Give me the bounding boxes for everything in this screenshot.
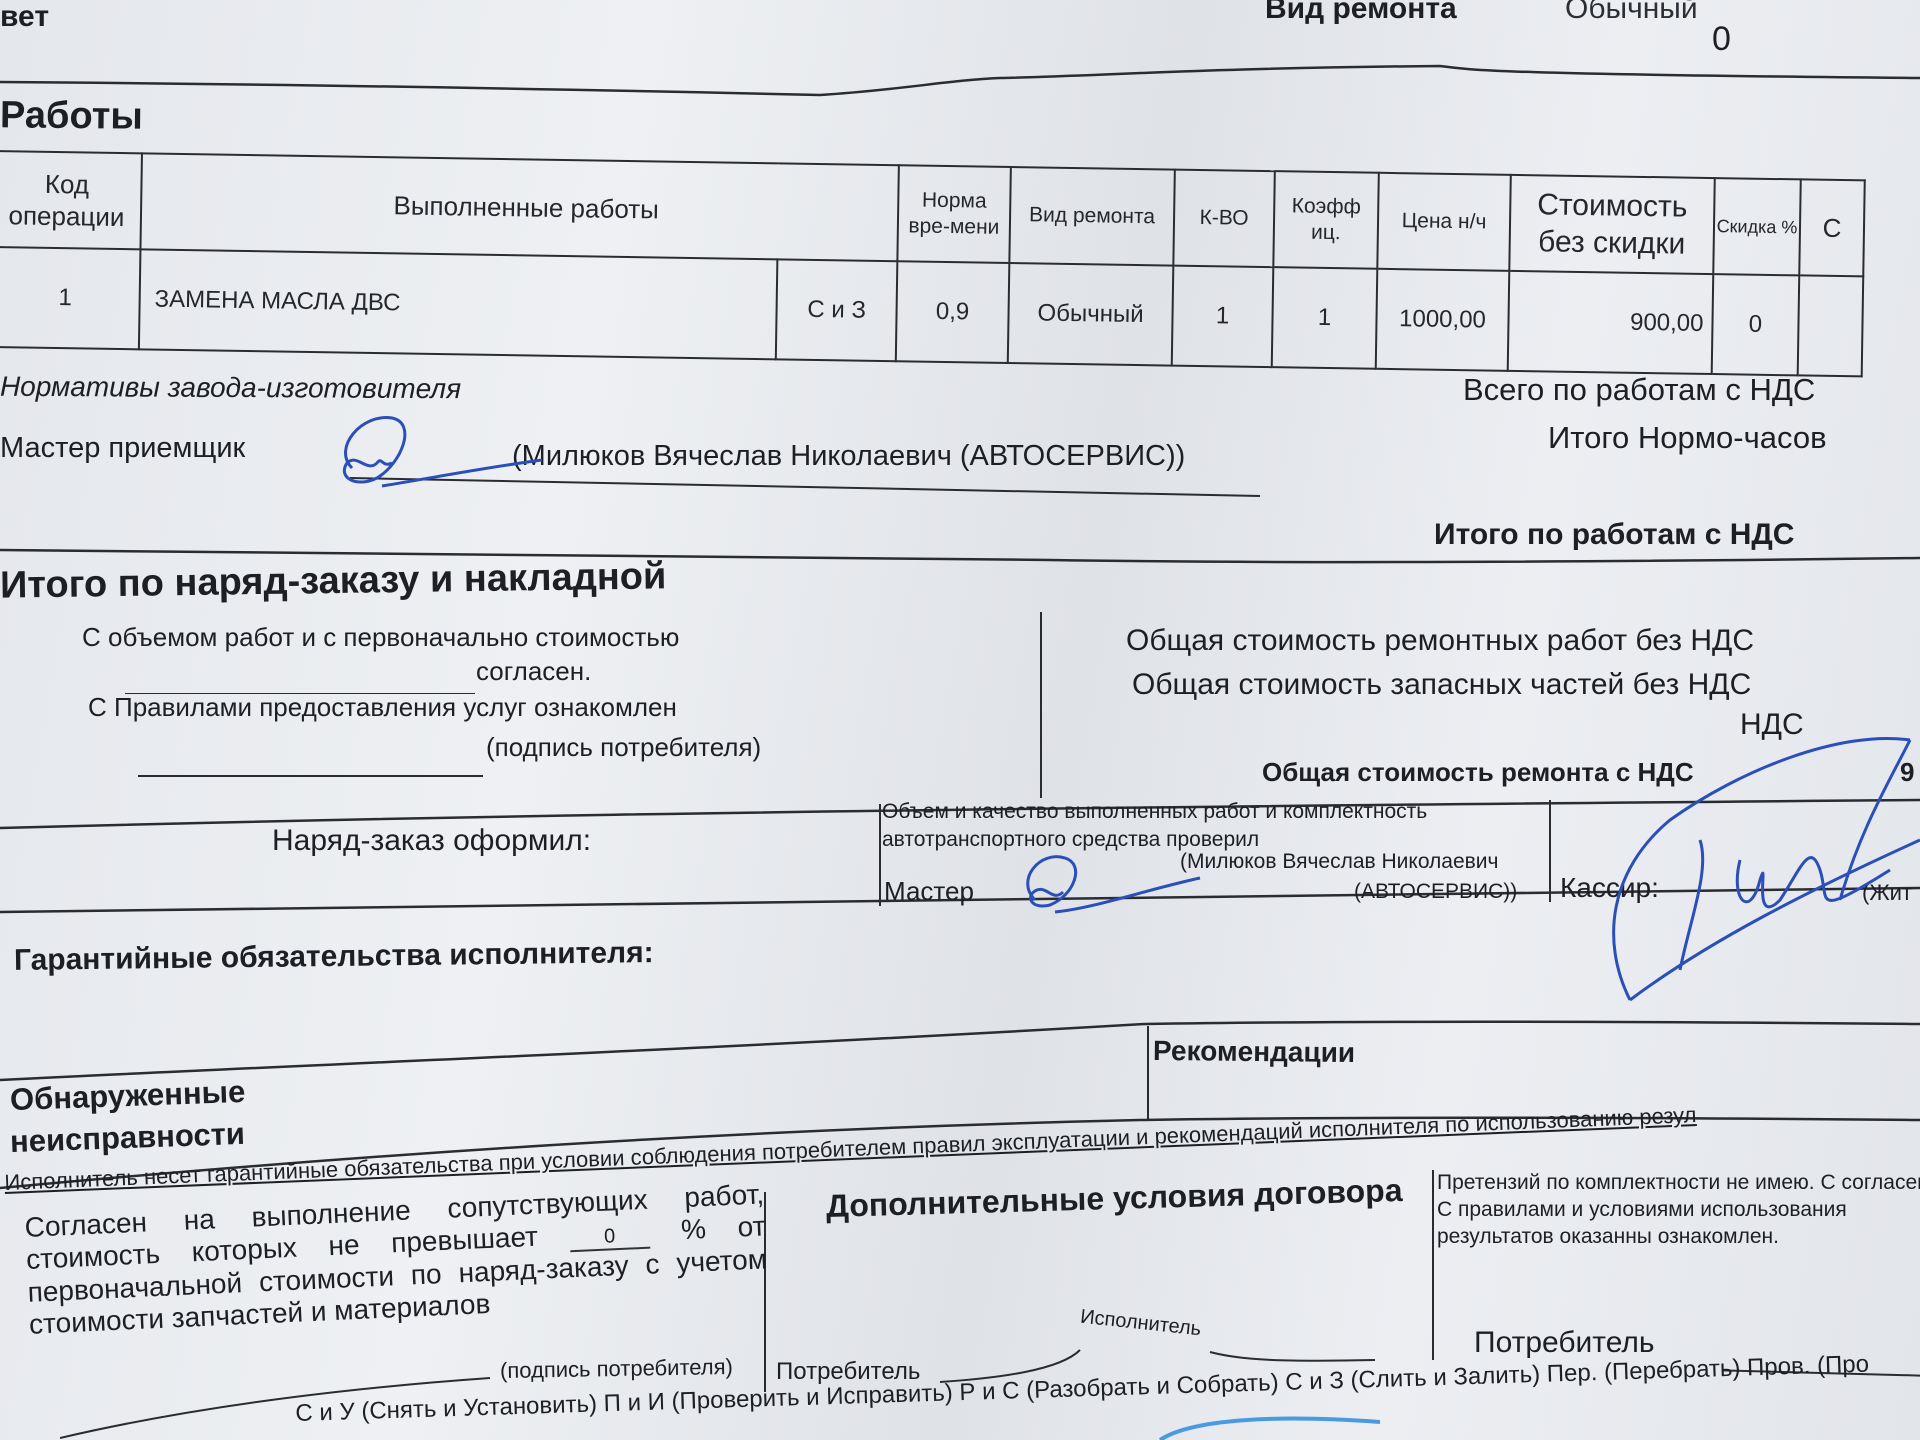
cell-code: 1 [0,247,140,349]
col-coefficient: Коэфф иц. [1273,171,1378,269]
total-repair-with-vat-value: 9 [1900,757,1914,788]
agree-scope-line1: С объемом работ и с первоначально стоимо… [82,622,679,653]
cell-cost-no-discount: 900,00 [1508,271,1714,374]
cell-norm-time: 0,9 [896,261,1010,363]
additional-works-percent: 0 [569,1224,650,1252]
vat-label: НДС [1740,708,1804,742]
bottom-divider-2 [1432,1170,1434,1360]
cashier-name: (Жит [1862,880,1912,906]
total-divider-vertical [1040,612,1042,798]
cell-repair-type: Обычный [1008,263,1174,366]
repair-cost-no-vat-label: Общая стоимость ремонтных работ без НДС [1126,624,1754,658]
master-receiver-name: (Милюков Вячеслав Николаевич (АВТОСЕРВИС… [512,440,1185,473]
master-receiver-label: Мастер приемщик [0,432,245,465]
manufacturer-norms: Нормативы завода-изготовителя [0,371,461,405]
col-work-done: Выполненные работы [140,153,898,261]
repair-type-label: Вид ремонта [1265,0,1457,26]
checked-master-org: (АВТОСЕРВИС)) [1354,880,1517,904]
recommendations-label: Рекомендации [1153,1035,1355,1069]
consumer-signature-line [138,775,483,777]
cell-price-per-hour: 1000,00 [1376,269,1510,371]
claims-consumer-label: Потребитель [1474,1326,1655,1360]
master-signature-line [300,470,1280,510]
contract-executor-label: Исполнитель [1079,1306,1202,1342]
checked-line1: Объем и качество выполненных работ и ком… [882,800,1427,824]
cell-discount: 0 [1712,274,1800,375]
consumer-signature-caption-2: (подпись потребителя) [500,1354,733,1384]
col-norm-time: Норма вре-мени [897,165,1010,263]
col-repair-type: Вид ремонта [1009,167,1174,266]
cell-quantity: 1 [1172,266,1274,368]
total-repair-with-vat-label: Общая стоимость ремонта с НДС [1262,757,1694,788]
repair-zero-value: 0 [1712,20,1731,59]
total-norm-hours-label: Итого Нормо-часов [1548,420,1827,456]
header-divider [0,60,1920,100]
cell-operation-type: С и З [776,259,897,361]
agree-scope-line2: согласен. [476,656,591,687]
order-issued-by-label: Наряд-заказ оформил: [272,824,591,858]
warranty-title: Гарантийные обязательства исполнителя: [14,936,654,978]
works-section-title: Работы [0,94,143,138]
cell-work-name: ЗАМЕНА МАСЛА ДВС [139,249,778,359]
cashier-label: Кассир: [1560,872,1659,904]
checked-master-name: (Милюков Вячеслав Николаевич [1180,850,1498,874]
consumer-signature-caption: (подпись потребителя) [486,732,761,763]
total-works-with-vat-label: Всего по работам с НДС [1463,372,1815,408]
rules-acknowledged: С Правилами предоставления услуг ознаком… [88,692,677,723]
col-discount: Скидка % [1713,178,1800,275]
col-operation-code: Код операции [0,151,142,249]
col-cost-no-discount: Стоимость без скидки [1509,175,1714,274]
claims-statement: Претензий по комплектности не имею. С со… [1437,1170,1920,1251]
additional-works-consent: Согласен на выполнение сопутствующих раб… [24,1178,769,1340]
col-next: С [1799,179,1865,276]
master-label: Мастер [884,876,974,907]
color-label: вет [0,0,49,34]
stamp-icon [1150,1412,1390,1440]
parts-cost-no-vat-label: Общая стоимость запасных частей без НДС [1132,668,1751,702]
checked-line2: автотранспортного средства проверил [882,828,1259,852]
order-total-title: Итого по наряд-заказу и накладной [0,555,667,607]
cell-coefficient: 1 [1272,267,1378,369]
repair-type-value: Обычный [1565,0,1698,26]
works-table: Код операции Выполненные работы Норма вр… [0,150,1866,377]
cell-next [1798,275,1864,376]
col-quantity: К-ВО [1173,170,1274,268]
col-price-per-hour: Цена н/ч [1377,173,1510,271]
